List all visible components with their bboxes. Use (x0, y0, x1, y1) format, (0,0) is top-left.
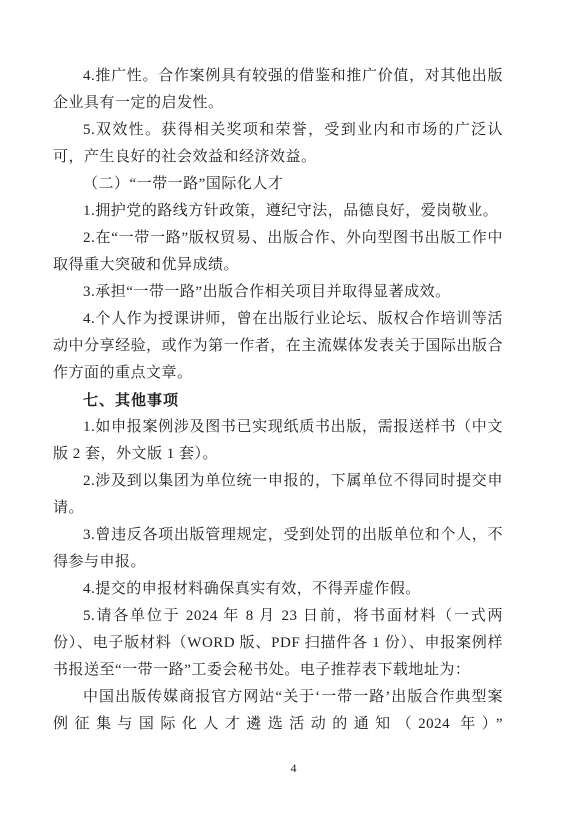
body-paragraph: 3.曾违反各项出版管理规定，受到处罚的出版单位和个人，不得参与申报。 (53, 522, 503, 576)
body-paragraph: 2.涉及到以集团为单位统一申报的，下属单位不得同时提交申请。 (53, 468, 503, 522)
body-paragraph: 2.在“一带一路”版权贸易、出版合作、外向型图书出版工作中取得重大突破和优异成绩… (53, 225, 503, 279)
document-page: 4.推广性。合作案例具有较强的借鉴和推广价值，对其他出版企业具有一定的启发性。 … (0, 0, 587, 833)
body-paragraph: 1.如申报案例涉及图书已实现纸质书出版，需报送样书（中文版 2 套，外文版 1 … (53, 414, 503, 468)
section-heading: 七、其他事项 (53, 387, 503, 414)
page-number: 4 (0, 761, 587, 775)
body-paragraph: 4.提交的申报材料确保真实有效，不得弄虚作假。 (53, 576, 503, 603)
body-paragraph: 3.承担“一带一路”出版合作相关项目并取得显著成效。 (53, 279, 503, 306)
body-paragraph: 4.个人作为授课讲师，曾在出版行业论坛、版权合作培训等活动中分享经验，或作为第一… (53, 306, 503, 387)
body-paragraph: 1.拥护党的路线方针政策，遵纪守法，品德良好，爱岗敬业。 (53, 198, 503, 225)
body-paragraph: 5.请各单位于 2024 年 8 月 23 日前，将书面材料（一式两份）、电子版… (53, 603, 503, 684)
subsection-heading: （二）“一带一路”国际化人才 (53, 171, 503, 198)
body-paragraph: 4.推广性。合作案例具有较强的借鉴和推广价值，对其他出版企业具有一定的启发性。 (53, 63, 503, 117)
body-paragraph: 5.双效性。获得相关奖项和荣誉，受到业内和市场的广泛认可，产生良好的社会效益和经… (53, 117, 503, 171)
body-paragraph: 中国出版传媒商报官方网站“关于‘一带一路’出版合作典型案例征集与国际化人才遴选活… (53, 684, 503, 738)
document-body: 4.推广性。合作案例具有较强的借鉴和推广价值，对其他出版企业具有一定的启发性。 … (53, 63, 503, 738)
